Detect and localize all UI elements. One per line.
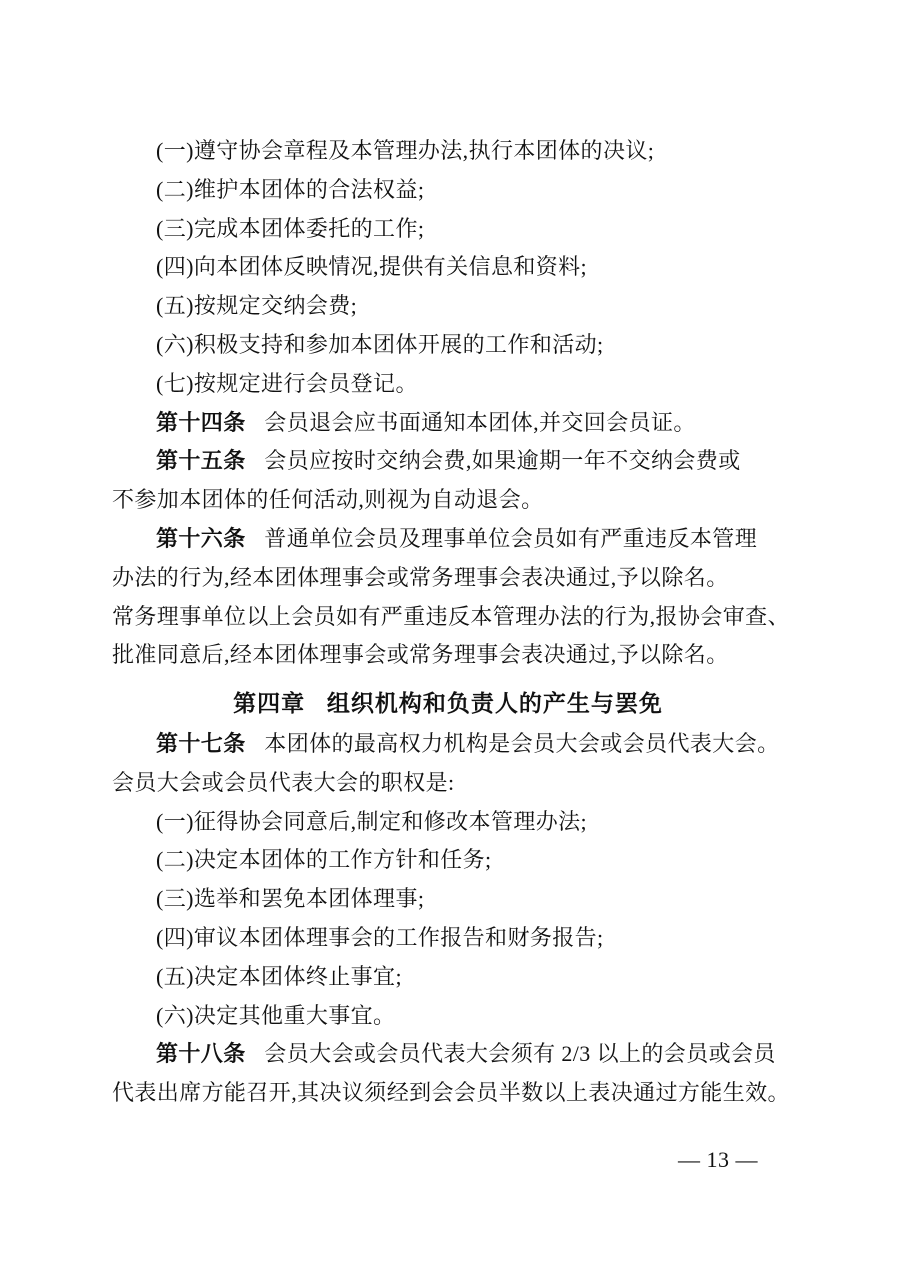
text-line: (六)积极支持和参加本团体开展的工作和活动; <box>112 326 784 365</box>
article-text: 普通单位会员及理事单位会员如有严重违反本管理 <box>264 526 757 551</box>
footer-dash-right: — <box>736 1147 759 1172</box>
chapter-heading: 第四章组织机构和负责人的产生与罢免 <box>112 684 784 723</box>
text-line: (五)决定本团体终止事宜; <box>112 958 784 997</box>
footer-dash-left: — <box>678 1147 701 1172</box>
article-line: 第十八条会员大会或会员代表大会须有 2/3 以上的会员或会员 <box>112 1035 784 1074</box>
text-line: (四)向本团体反映情况,提供有关信息和资料; <box>112 248 784 287</box>
text-line: 会员大会或会员代表大会的职权是: <box>112 764 784 803</box>
text-line: (三)选举和罢免本团体理事; <box>112 880 784 919</box>
text-line: (四)审议本团体理事会的工作报告和财务报告; <box>112 919 784 958</box>
text-line: 不参加本团体的任何活动,则视为自动退会。 <box>112 481 784 520</box>
article-number: 第十四条 <box>156 410 246 435</box>
document-lines: (一)遵守协会章程及本管理办法,执行本团体的决议;(二)维护本团体的合法权益;(… <box>112 132 784 1113</box>
article-text: 会员大会或会员代表大会须有 2/3 以上的会员或会员 <box>264 1041 776 1066</box>
page-number: 13 <box>707 1147 730 1172</box>
text-line: (一)征得协会同意后,制定和修改本管理办法; <box>112 803 784 842</box>
article-text: 本团体的最高权力机构是会员大会或会员代表大会。 <box>264 731 779 756</box>
text-line: (二)维护本团体的合法权益; <box>112 171 784 210</box>
page-footer: —13— <box>672 1147 764 1173</box>
article-line: 第十六条普通单位会员及理事单位会员如有严重违反本管理 <box>112 520 784 559</box>
article-number: 第十七条 <box>156 731 246 756</box>
chapter-number: 第四章 <box>233 690 305 716</box>
text-line: 批准同意后,经本团体理事会或常务理事会表决通过,予以除名。 <box>112 636 784 675</box>
article-text: 会员应按时交纳会费,如果逾期一年不交纳会费或 <box>264 448 740 473</box>
text-line: (二)决定本团体的工作方针和任务; <box>112 841 784 880</box>
text-line: (三)完成本团体委托的工作; <box>112 210 784 249</box>
text-line: 办法的行为,经本团体理事会或常务理事会表决通过,予以除名。 <box>112 559 784 598</box>
chapter-title: 组织机构和负责人的产生与罢免 <box>327 690 663 716</box>
article-number: 第十八条 <box>156 1041 246 1066</box>
article-line: 第十七条本团体的最高权力机构是会员大会或会员代表大会。 <box>112 725 784 764</box>
text-line: 常务理事单位以上会员如有严重违反本管理办法的行为,报协会审查、 <box>112 598 784 637</box>
document-page: (一)遵守协会章程及本管理办法,执行本团体的决议;(二)维护本团体的合法权益;(… <box>0 0 900 1273</box>
article-number: 第十六条 <box>156 526 246 551</box>
text-line: (六)决定其他重大事宜。 <box>112 997 784 1036</box>
article-text: 会员退会应书面通知本团体,并交回会员证。 <box>264 410 696 435</box>
document-content: (一)遵守协会章程及本管理办法,执行本团体的决议;(二)维护本团体的合法权益;(… <box>112 132 784 1113</box>
text-line: (五)按规定交纳会费; <box>112 287 784 326</box>
article-number: 第十五条 <box>156 448 246 473</box>
article-line: 第十五条会员应按时交纳会费,如果逾期一年不交纳会费或 <box>112 442 784 481</box>
article-line: 第十四条会员退会应书面通知本团体,并交回会员证。 <box>112 404 784 443</box>
text-line: 代表出席方能召开,其决议须经到会会员半数以上表决通过方能生效。 <box>112 1074 784 1113</box>
text-line: (一)遵守协会章程及本管理办法,执行本团体的决议; <box>112 132 784 171</box>
text-line: (七)按规定进行会员登记。 <box>112 365 784 404</box>
